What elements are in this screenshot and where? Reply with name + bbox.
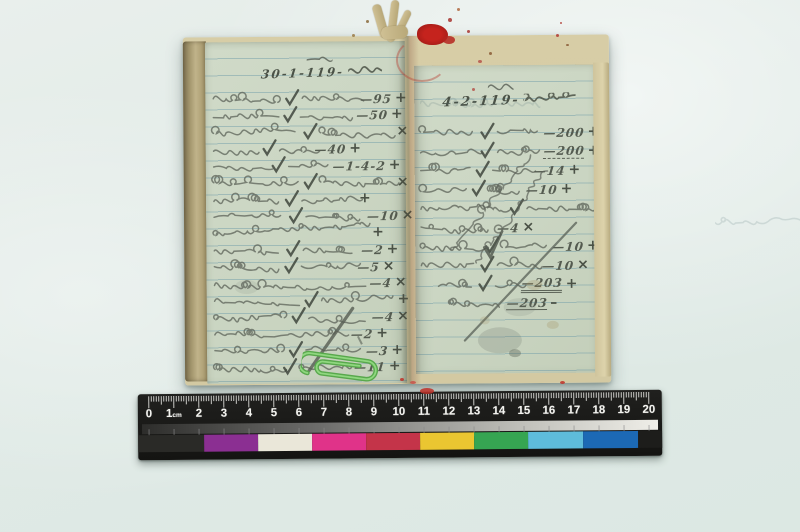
ink-show-through bbox=[420, 95, 540, 115]
ruler-number-15: 15 bbox=[517, 405, 530, 417]
red-stain-small bbox=[443, 36, 455, 44]
stain-speck bbox=[489, 52, 492, 55]
archival-photo-stage: 30-1-119-—95+—50+×—40+—1-4-2+×+—10×+—2+—… bbox=[0, 0, 800, 532]
ruler-number-6: 6 bbox=[296, 407, 303, 419]
stain-speck bbox=[420, 388, 434, 394]
header-weekday-squiggle bbox=[347, 63, 382, 78]
ruler-number-18: 18 bbox=[592, 404, 605, 416]
stain-speck bbox=[400, 378, 404, 381]
ruler-number-0: 0 bbox=[146, 408, 153, 420]
ruler-number-8: 8 bbox=[346, 406, 353, 418]
line-check-mark: × bbox=[383, 259, 395, 273]
ruler-number-17: 17 bbox=[567, 404, 580, 416]
stain-speck bbox=[560, 381, 565, 384]
line-amount: —203 bbox=[506, 297, 548, 310]
line-amount: —200 bbox=[543, 126, 585, 138]
calibration-patch-cyan bbox=[528, 431, 583, 448]
stain-speck bbox=[556, 34, 559, 37]
header-date-text: 30-1-119- bbox=[260, 65, 345, 82]
calibration-patch-purple bbox=[204, 434, 258, 451]
line-amount: —40 bbox=[314, 143, 347, 155]
line-amount: —4 bbox=[371, 311, 395, 323]
line-amount: —50 bbox=[356, 109, 389, 121]
handwriting-line: × bbox=[214, 175, 409, 191]
calibration-patch-black-tail bbox=[638, 431, 662, 448]
ruler-number-12: 12 bbox=[442, 406, 455, 418]
stain-speck bbox=[366, 20, 369, 23]
line-amount: —10 bbox=[542, 259, 575, 271]
handwriting-line: —4× bbox=[215, 309, 409, 325]
handwriting-line: × bbox=[213, 125, 408, 141]
line-amount: —203 bbox=[521, 276, 564, 292]
line-amount: —5 bbox=[357, 261, 381, 273]
calibration-patch-yellow bbox=[420, 432, 474, 449]
calibration-patch-green bbox=[474, 432, 528, 449]
page-corner-word-squiggle bbox=[488, 79, 515, 91]
stain-speck bbox=[560, 22, 562, 24]
line-amount: —200 bbox=[543, 144, 585, 158]
line-check-mark: + bbox=[566, 276, 578, 290]
ruler-number-4: 4 bbox=[246, 407, 253, 419]
ruler-number-3: 3 bbox=[221, 408, 228, 420]
ruler-number-11: 11 bbox=[418, 406, 430, 418]
book-gutter-fold bbox=[399, 36, 421, 384]
handwriting-line: —203– bbox=[449, 296, 557, 312]
scale-bar-ruler: 01cm234567891011121314151617181920 bbox=[138, 390, 663, 461]
handwriting-line: —50+ bbox=[213, 108, 403, 124]
ruler-number-14: 14 bbox=[492, 405, 505, 417]
handwriting-line: —5× bbox=[214, 259, 394, 275]
right-page: 4-2-119-—200+—200+—14+—10+—4×—10+—10×—20… bbox=[414, 65, 598, 374]
handwriting-line: —40+ bbox=[214, 142, 362, 158]
ruler-number-16: 16 bbox=[542, 405, 555, 417]
handwriting-line: —1-4-2+ bbox=[214, 158, 401, 174]
stain-speck bbox=[478, 60, 482, 63]
line-amount: —10 bbox=[552, 240, 585, 252]
color-calibration-patches bbox=[138, 431, 662, 453]
ruler-number-7: 7 bbox=[321, 407, 328, 419]
handwriting-line: —10× bbox=[421, 258, 589, 274]
line-check-mark: × bbox=[577, 257, 589, 271]
handwriting-line: —200+ bbox=[420, 125, 599, 141]
left-page: 30-1-119-—95+—50+×—40+—1-4-2+×+—10×+—2+—… bbox=[205, 41, 407, 384]
ruler-number-1cm: 1cm bbox=[166, 408, 182, 420]
calibration-patch-red bbox=[366, 433, 420, 450]
ruler-number-9: 9 bbox=[371, 406, 378, 418]
line-amount: —95 bbox=[360, 93, 393, 105]
ruler-number-20: 20 bbox=[642, 404, 655, 416]
calibration-patch-white bbox=[258, 434, 312, 451]
stain-speck bbox=[410, 381, 416, 384]
handwriting-line: + bbox=[214, 225, 384, 241]
stain-speck bbox=[467, 30, 470, 33]
line-amount: —4 bbox=[369, 277, 393, 289]
line-check-mark: × bbox=[522, 220, 534, 234]
line-check-mark: + bbox=[376, 326, 388, 340]
line-check-mark: + bbox=[561, 181, 573, 195]
line-amount: —2 bbox=[350, 328, 374, 340]
handwriting-line: —4× bbox=[214, 276, 406, 292]
handwriting-line: + bbox=[215, 293, 410, 309]
line-amount: —2 bbox=[361, 244, 385, 256]
handwriting-line: —2+ bbox=[215, 326, 388, 342]
calibration-patch-magenta bbox=[312, 433, 366, 450]
stain-speck bbox=[352, 34, 355, 37]
handwriting-line: —2+ bbox=[214, 242, 398, 258]
line-amount: —10 bbox=[366, 210, 399, 222]
red-stain-ring bbox=[396, 38, 448, 82]
line-check-mark: + bbox=[387, 242, 399, 256]
line-amount: —1-4-2 bbox=[332, 160, 386, 172]
notebook: 30-1-119-—95+—50+×—40+—1-4-2+×+—10×+—2+—… bbox=[183, 35, 611, 386]
under-pages-right-edge bbox=[593, 63, 611, 377]
handwriting-line: —95+ bbox=[213, 91, 407, 107]
stain-speck bbox=[472, 88, 475, 91]
ink-show-through bbox=[715, 213, 800, 233]
ruler-number-13: 13 bbox=[467, 405, 480, 417]
page-corner-word-squiggle bbox=[306, 51, 333, 63]
line-check-mark: + bbox=[359, 191, 371, 205]
handwriting-line: —203+ bbox=[439, 277, 578, 293]
handwriting-line: —10× bbox=[214, 208, 414, 224]
line-check-mark: + bbox=[568, 162, 580, 176]
handwriting-line: + bbox=[214, 192, 371, 208]
ruler-number-19: 19 bbox=[617, 404, 630, 416]
calibration-patch-blue bbox=[583, 431, 638, 448]
stain-speck bbox=[457, 8, 460, 11]
ruler-number-5: 5 bbox=[271, 407, 278, 419]
calibration-patch-black bbox=[138, 435, 204, 453]
stain-speck bbox=[448, 18, 452, 22]
page-header-date: 30-1-119- bbox=[260, 63, 382, 81]
line-check-mark: + bbox=[372, 225, 384, 239]
ruler-number-10: 10 bbox=[392, 406, 405, 418]
ruler-number-2: 2 bbox=[196, 408, 203, 420]
line-check-mark: + bbox=[349, 141, 361, 155]
stain-speck bbox=[566, 44, 569, 46]
line-check-mark: – bbox=[550, 295, 557, 309]
